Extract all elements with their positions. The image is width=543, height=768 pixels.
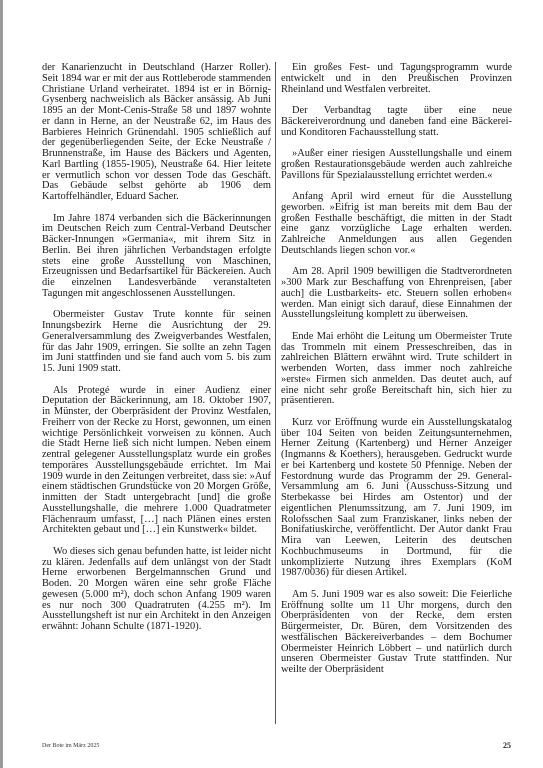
paragraph: Kurz vor Eröffnung wurde ein Ausstellung…: [281, 418, 512, 579]
column-divider: [275, 62, 276, 724]
paragraph: Am 5. Juni 1909 war es also soweit: Die …: [281, 590, 512, 676]
paragraph: Als Protegé wurde in einer Audienz einer…: [42, 386, 271, 537]
paragraph: Am 28. April 1909 bewilligen die Stadtve…: [281, 267, 512, 321]
left-column: der Kanarienzucht in Deutschland (Harzer…: [42, 63, 271, 644]
page-number: 25: [503, 741, 511, 750]
paragraph: Obermeister Gustav Trute konnte für sein…: [42, 310, 271, 375]
paragraph: Der Verbandtag tagte über eine neue Bäck…: [281, 106, 512, 138]
right-column: Ein großes Fest- und Tagungsprogramm wur…: [281, 63, 512, 687]
publication-footer: Der Bote im März 2025: [42, 743, 99, 749]
paragraph: »Außer einer riesigen Ausstellungshalle …: [281, 149, 512, 181]
paragraph: der Kanarienzucht in Deutschland (Harzer…: [42, 63, 271, 203]
paragraph: Im Jahre 1874 verbanden sich die Bäckeri…: [42, 214, 271, 300]
page-edge: [0, 0, 3, 768]
paragraph: Ein großes Fest- und Tagungsprogramm wur…: [281, 63, 512, 95]
paragraph: Ende Mai erhöht die Leitung um Obermeist…: [281, 332, 512, 407]
paragraph: Anfang April wird erneut für die Ausstel…: [281, 192, 512, 257]
paragraph: Wo dieses sich genau befunden hatte, ist…: [42, 547, 271, 633]
